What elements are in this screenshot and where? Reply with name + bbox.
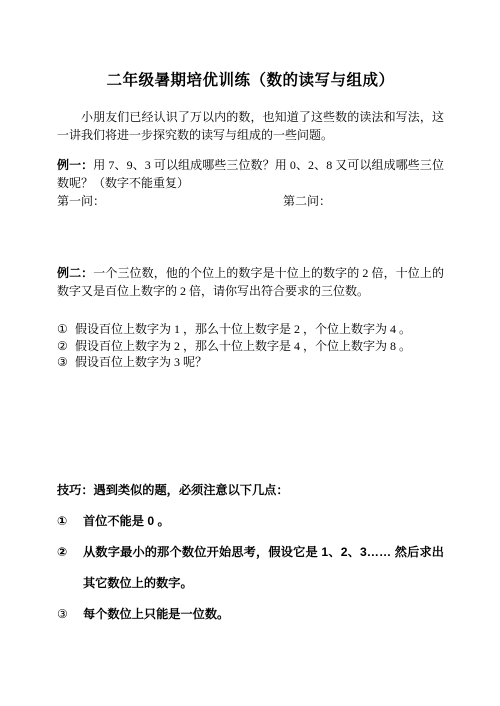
circled-2-marker: ② [57, 338, 75, 355]
tip-item-1-text: 首位不能是 0 。 [83, 506, 444, 537]
example2-section: 例二：一个三位数，他的个位上的数字是十位上的数字的 2 倍，十位上的数字又是百位… [57, 264, 444, 300]
circled-3-marker: ③ [57, 599, 83, 630]
example1-text: 用 7、9、3 可以组成哪些三位数？用 0、2、8 又可以组成哪些三位数呢？（数… [57, 158, 444, 190]
tip-item-2: ② 从数字最小的那个数位开始思考，假设它是 1、2、3…… 然后求出其它数位上的… [57, 537, 444, 599]
case-item-2-text: 假设百位上数字为 2 ，那么十位上数字是 4 ，个位上数字为 8 。 [75, 338, 444, 355]
tip-item-1: ① 首位不能是 0 。 [57, 506, 444, 537]
circled-1-marker: ① [57, 321, 75, 338]
tip-item-3-text: 每个数位上只能是一位数。 [83, 599, 444, 630]
worksheet-page: 二年级暑期培优训练（数的读写与组成） 小朋友们已经认识了万以内的数，也知道了这些… [0, 0, 500, 706]
circled-1-marker: ① [57, 506, 83, 537]
example2-text: 一个三位数，他的个位上的数字是十位上的数字的 2 倍，十位上的数字又是百位上数字… [57, 266, 444, 298]
case-item-2: ② 假设百位上数字为 2 ，那么十位上数字是 4 ，个位上数字为 8 。 [57, 338, 444, 355]
tips-section: 技巧：遇到类似的题，必须注意以下几点： ① 首位不能是 0 。 ② 从数字最小的… [57, 475, 444, 630]
example2-label: 例二： [57, 266, 93, 280]
circled-2-marker: ② [57, 537, 83, 599]
tip-item-2-text: 从数字最小的那个数位开始思考，假设它是 1、2、3…… 然后求出其它数位上的数字… [83, 537, 444, 599]
case-item-1-text: 假设百位上数字为 1 ，那么十位上数字是 2 ，个位上数字为 4 。 [75, 321, 444, 338]
example2-case-list: ① 假设百位上数字为 1 ，那么十位上数字是 2 ，个位上数字为 4 。 ② 假… [57, 321, 444, 371]
case-item-1: ① 假设百位上数字为 1 ，那么十位上数字是 2 ，个位上数字为 4 。 [57, 321, 444, 338]
question1-label: 第一问： [57, 194, 105, 208]
example1-section: 例一：用 7、9、3 可以组成哪些三位数？用 0、2、8 又可以组成哪些三位数呢… [57, 156, 444, 210]
case-item-3-text: 假设百位上数字为 3 呢？ [75, 354, 444, 371]
tips-heading: 技巧：遇到类似的题，必须注意以下几点： [57, 475, 444, 506]
question2-label: 第二问： [283, 192, 331, 210]
circled-3-marker: ③ [57, 354, 75, 371]
tip-item-3: ③ 每个数位上只能是一位数。 [57, 599, 444, 630]
case-item-3: ③ 假设百位上数字为 3 呢？ [57, 354, 444, 371]
example1-questions: 第一问： 第二问： [57, 192, 444, 210]
intro-paragraph: 小朋友们已经认识了万以内的数，也知道了这些数的读法和写法，这一讲我们将进一步探究… [57, 108, 444, 144]
page-title: 二年级暑期培优训练（数的读写与组成） [57, 69, 444, 93]
example1-label: 例一： [57, 158, 93, 172]
